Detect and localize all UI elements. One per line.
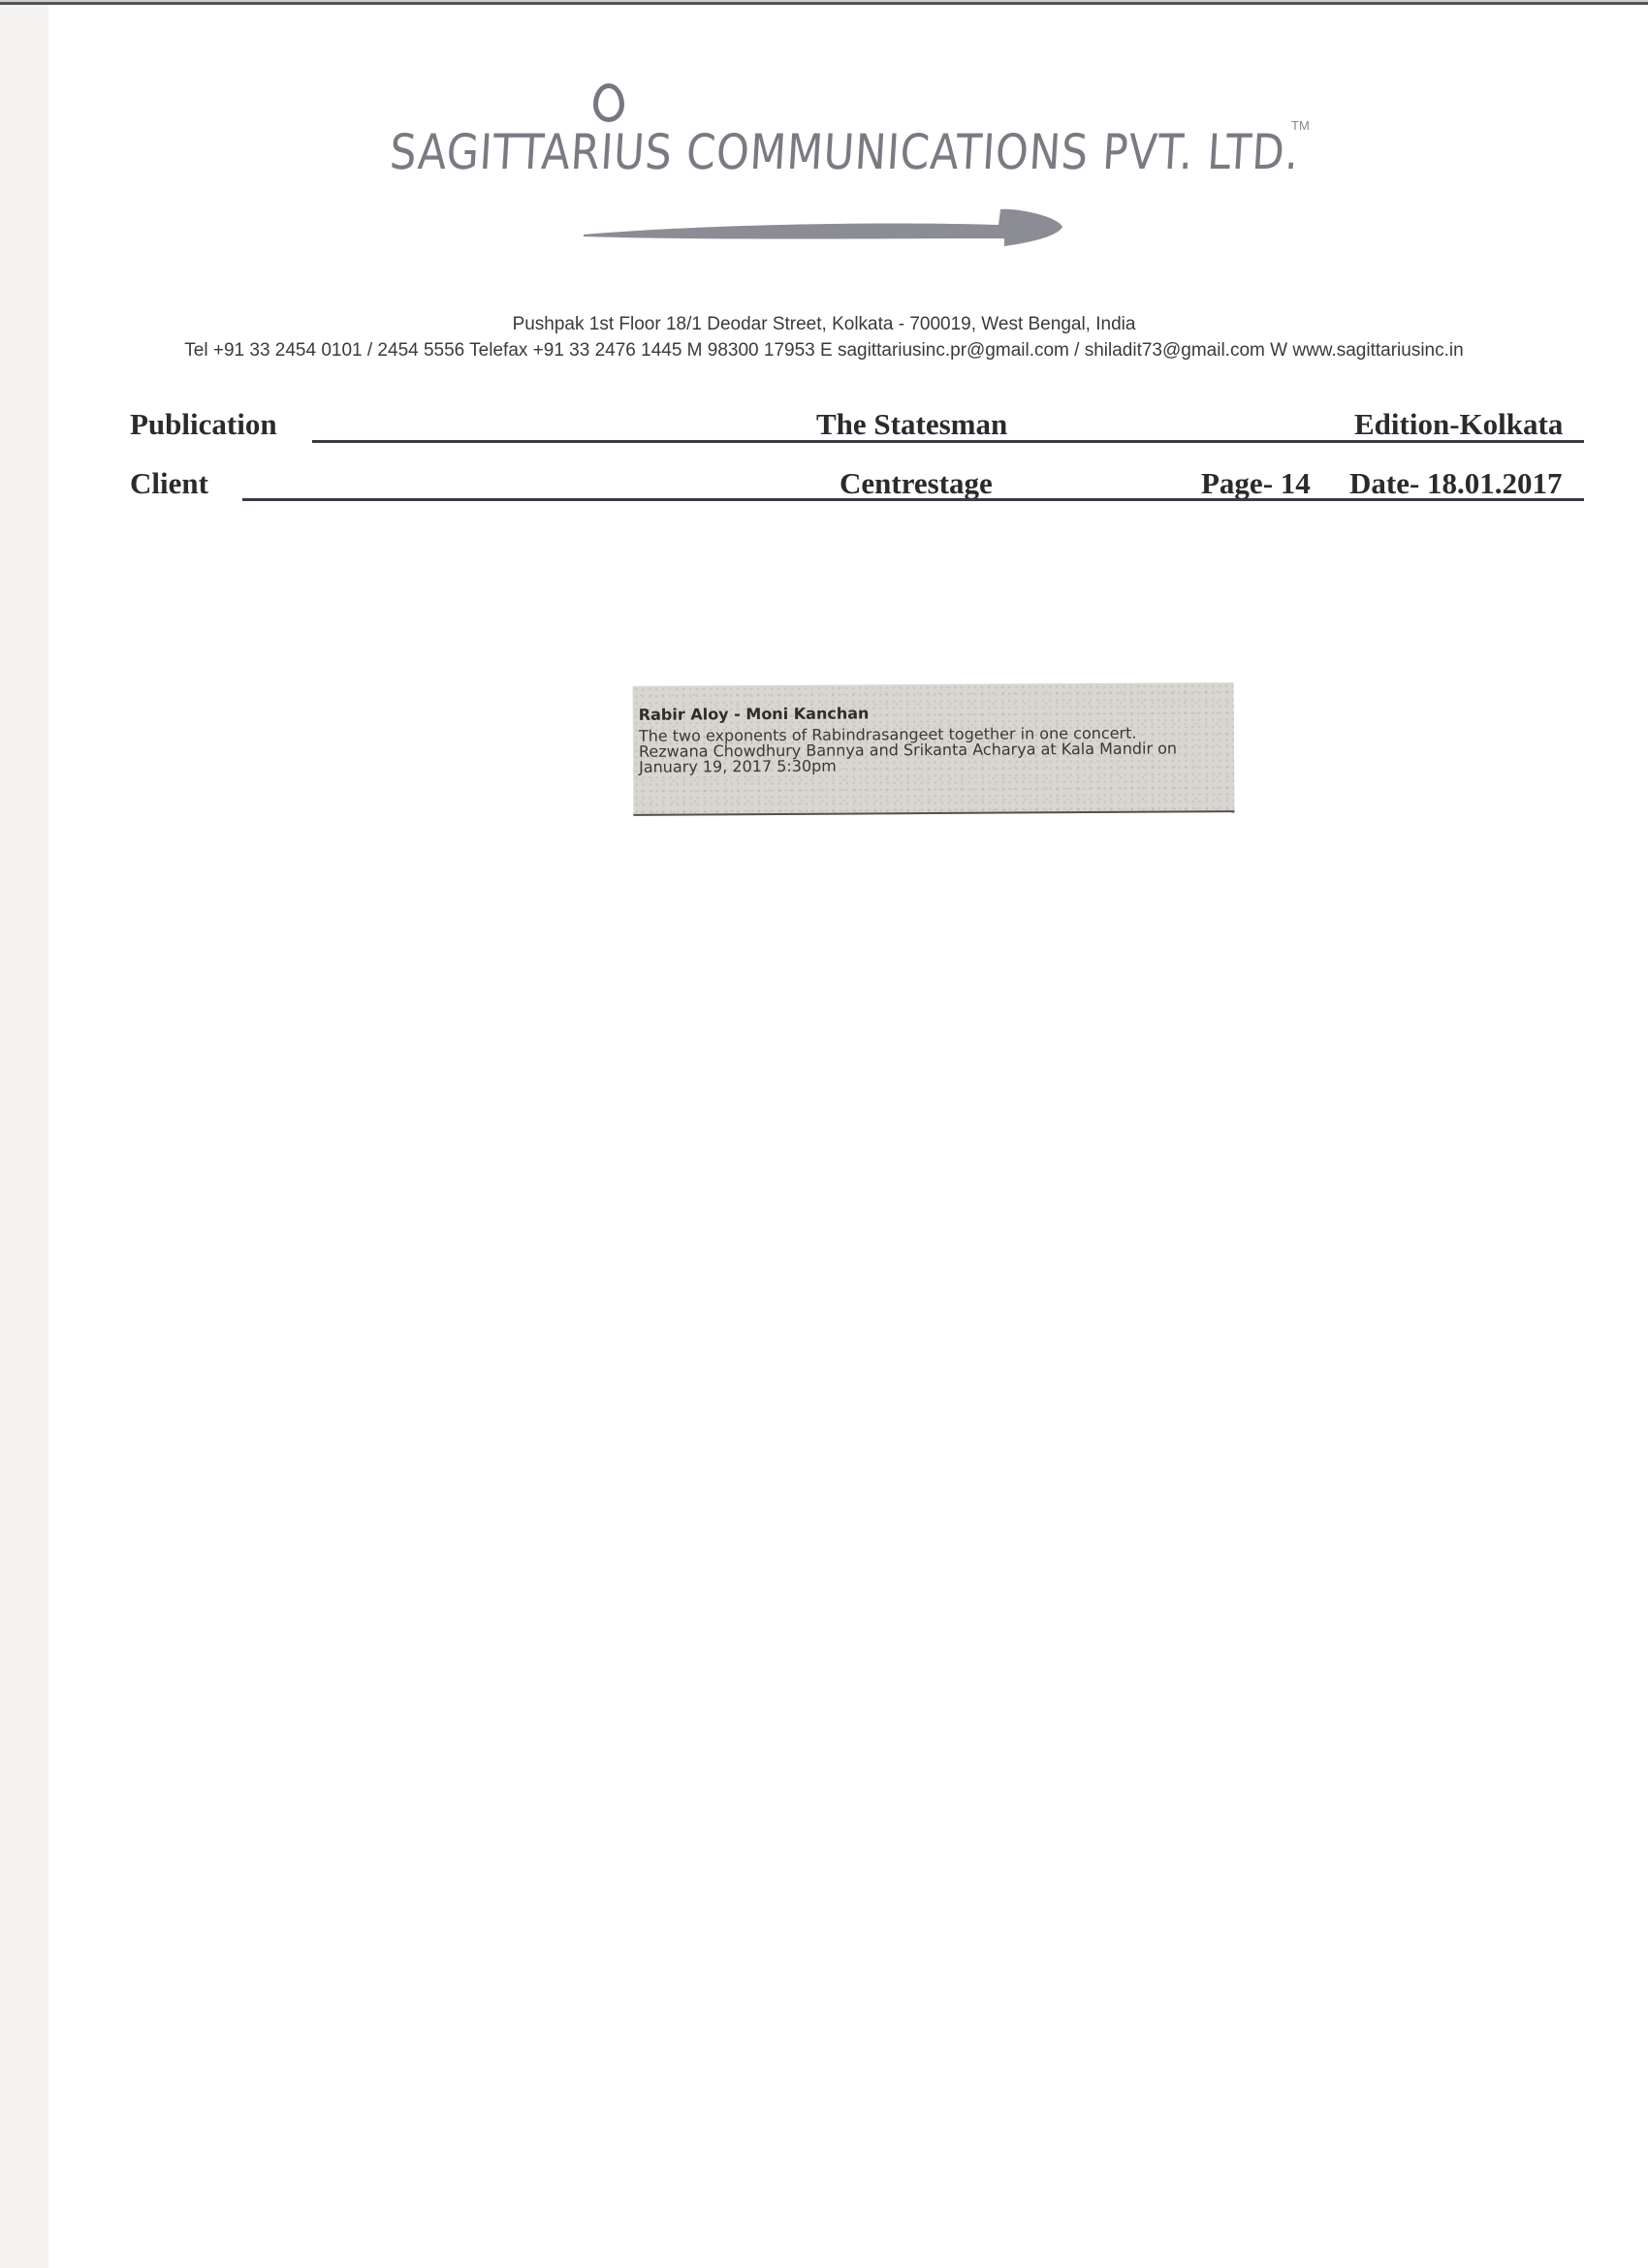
client-value: Centrestage [840, 466, 993, 501]
clipping-line: January 19, 2017 5:30pm [639, 756, 1230, 775]
page-number: Page- 14 [1201, 466, 1311, 501]
client-underline [242, 498, 1584, 501]
company-name: SAGITTARIUS COMMUNICATIONS PVT. LTD. [389, 124, 1301, 180]
company-logo: SAGITTARIUS COMMUNICATIONS PVT. LTD. TM [388, 76, 1318, 240]
publication-value: The Statesman [816, 407, 1007, 442]
contact-line: Tel +91 33 2454 0101 / 2454 5556 Telefax… [0, 340, 1648, 362]
address-line: Pushpak 1st Floor 18/1 Deodar Street, Ko… [0, 314, 1648, 335]
logo-ring-icon [593, 83, 624, 122]
date-value: Date- 18.01.2017 [1349, 466, 1563, 501]
newspaper-clipping: Rabir Aloy - Moni Kanchan The two expone… [633, 682, 1235, 816]
client-label: Client [130, 466, 208, 501]
top-border [0, 0, 1648, 5]
clipping-title: Rabir Aloy - Moni Kanchan [639, 704, 870, 723]
publication-underline [312, 440, 1584, 443]
clipping-body: The two exponents of Rabindrasangeet tog… [639, 725, 1230, 775]
trademark-mark: TM [1291, 118, 1310, 133]
arrow-icon [582, 190, 1066, 248]
publication-label: Publication [130, 407, 277, 442]
edition-value: Edition-Kolkata [1354, 407, 1563, 442]
